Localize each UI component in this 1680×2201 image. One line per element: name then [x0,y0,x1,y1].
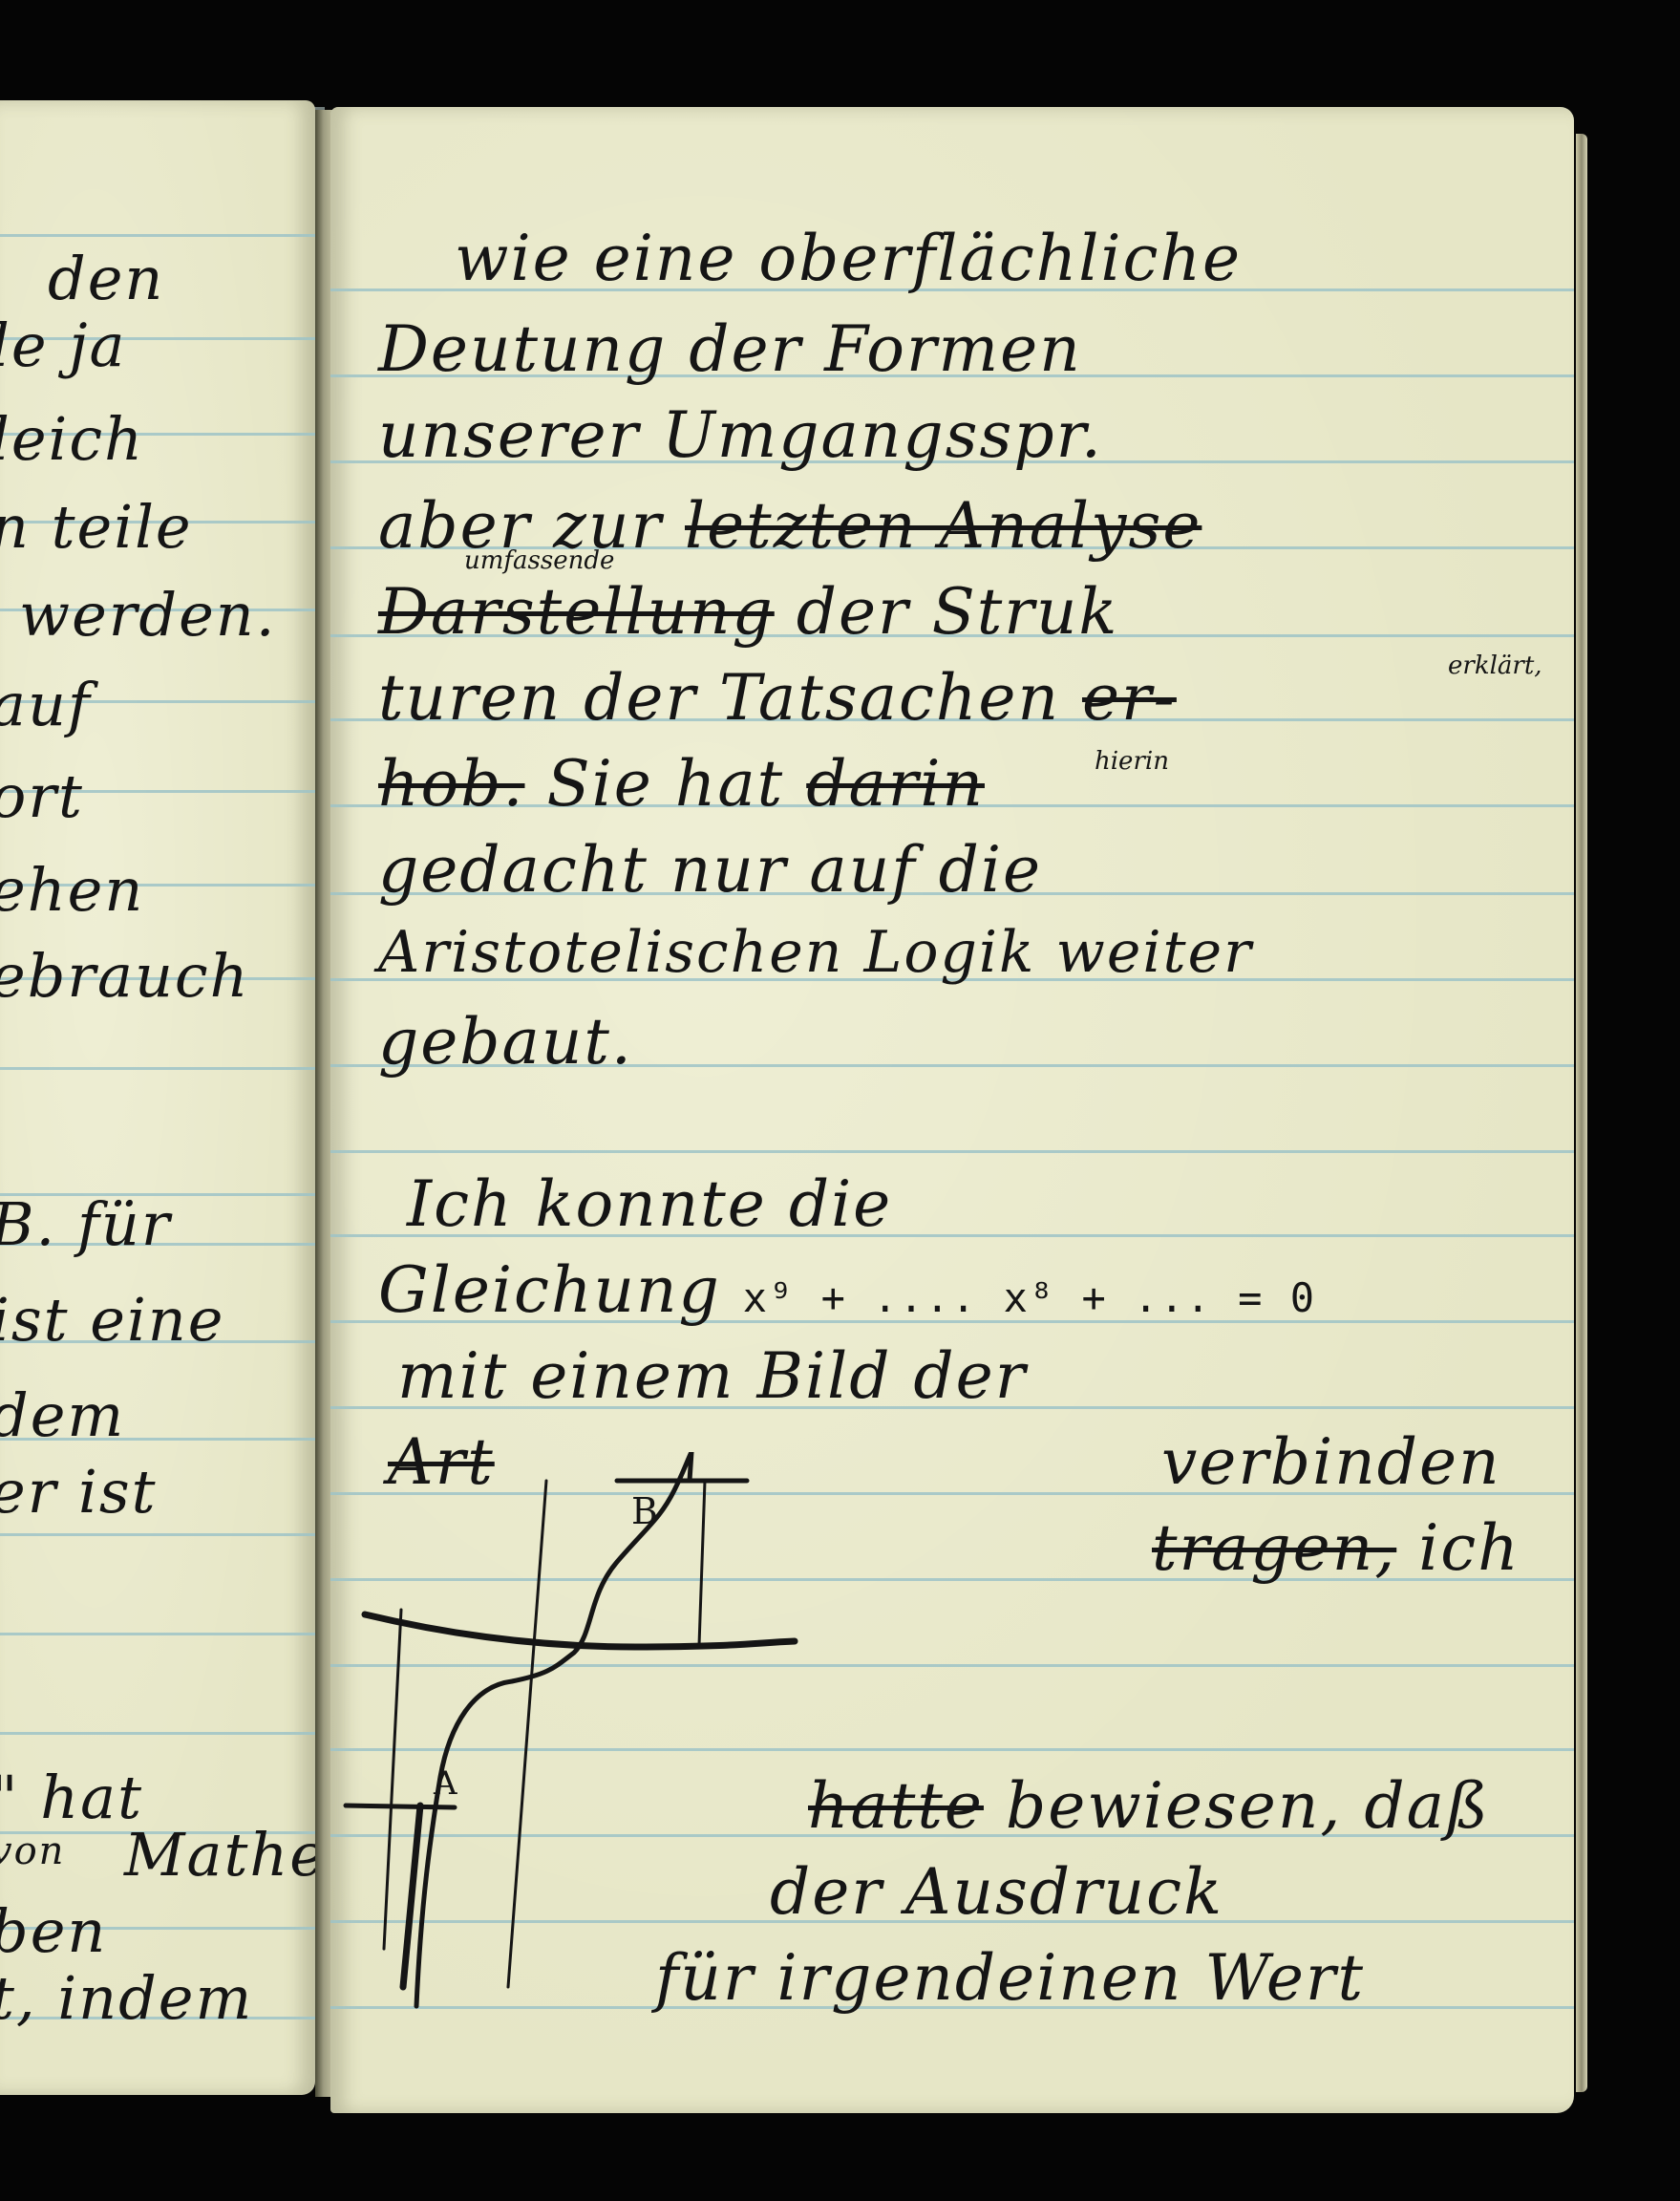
handwriting-line: tragen, ich [1152,1511,1521,1585]
insertion-text: hierin [1095,747,1169,776]
handwriting-line: le ja [0,310,126,380]
handwriting-line: auf [0,670,92,739]
handwriting-line: wie eine oberflächliche [455,222,1242,295]
equation: x⁹ + .... x⁸ + ... = 0 [743,1274,1316,1321]
handwriting-line: hob. Sie hat darin [378,747,985,821]
handwriting-line: Ich konnte die [407,1167,892,1241]
ruled-line [330,1150,1574,1153]
struck-text: darin [806,747,985,821]
handwriting-line: dem [0,1380,125,1450]
handwriting-line: Darstellung der Struk [378,575,1118,649]
handwriting-line: gedacht nur auf die [378,833,1042,907]
handwriting-line: den [48,244,164,313]
handwriting-line: turen der Tatsachen er- [378,661,1177,735]
handwriting-line: Mathe [124,1820,327,1890]
handwriting-line: unserer Umgangsspr. [378,398,1103,472]
vertical-line [699,1481,705,1645]
handwriting-line: " hat [0,1763,143,1832]
handwriting-line: t, indem [0,1963,253,2033]
margin-insertion: erklärt, [1448,652,1542,680]
ruled-line [0,1067,315,1070]
handwriting-line: werden. [19,580,276,650]
ruled-line [0,1533,315,1536]
handwriting-line: mit einem Bild der [397,1339,1027,1413]
struck-text: letzten Analyse [685,489,1202,563]
handwriting-line: ort [0,761,84,831]
handwriting-line: ist eine [0,1285,224,1355]
left-page: den le ja leich n teile werden. auf ort … [0,100,315,2095]
handwriting-line: Gleichung x⁹ + .... x⁸ + ... = 0 [378,1253,1316,1327]
struck-text: hob. [378,747,524,821]
label-b: B [631,1490,658,1532]
handwriting-line: gebaut. [378,1005,633,1079]
struck-text: Darstellung [378,575,775,649]
handwriting-line: ben [0,1896,107,1966]
struck-text: er- [1082,661,1177,735]
handwriting-line: leich [0,404,144,474]
curve [416,1452,691,2006]
handwriting-line: verbinden [1161,1425,1501,1499]
handwriting-line: er ist [0,1457,158,1527]
ruled-line [0,234,315,237]
page-stack-edge [1576,134,1587,2092]
label-a: A [433,1764,457,1803]
handwriting-line: Aristotelischen Logik weiter [378,919,1253,986]
struck-text: tragen, [1152,1511,1396,1585]
ruled-line [0,1732,315,1735]
insertion-text: umfassende [464,546,614,575]
ruled-line [0,1633,315,1635]
horizontal-tick [346,1806,455,1807]
handwriting-line: B. für [0,1189,172,1259]
vertical-line [508,1481,546,1987]
handwriting-line: von [0,1829,65,1873]
handwriting-line: Deutung der Formen [378,312,1082,386]
handwriting-line: ehen [0,855,144,925]
vertical-line [384,1610,401,1949]
handwriting-line: ebrauch [0,941,250,1011]
handwriting-line: n teile [0,492,193,562]
curve-sketch: B A [330,1452,1095,2025]
